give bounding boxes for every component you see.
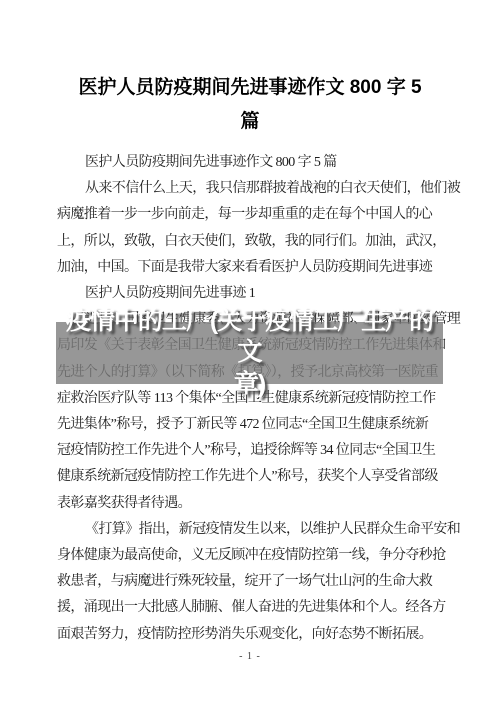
text-line: 《打算》指出，新冠疫情发生以来，以维护人民群众生命平安和	[57, 517, 444, 543]
text-line: 从来不信什么上天，我只信那群披着战袍的白衣天使们，他们被	[57, 176, 444, 202]
text-line: 医护人员防疫期间先进事迹作文 800 字 5 篇	[57, 150, 444, 176]
text-line: 章)	[56, 369, 443, 401]
watermark-overlay-band: 疫情中的工厂(关于疫情工厂生产的文章)	[56, 322, 443, 384]
text-line: 救患者，与病魔进行殊死较量，绽开了一场气壮山河的生命大救	[57, 569, 444, 595]
document-page: 医护人员防疫期间先进事迹作文 800 字 5篇 医护人员防疫期间先进事迹作文 8…	[0, 0, 500, 706]
text-line: 先进集体”称号，授予丁新民等 472 位同志“全国卫生健康系统新	[57, 412, 444, 438]
text-line: 面艰苦努力，疫情防控形势消失乐观变化，向好态势不断拓展。	[57, 622, 444, 648]
text-line: 医护人员防疫期间先进事迹作文 800 字 5	[45, 71, 455, 105]
page-number: - 1 -	[0, 651, 500, 662]
text-line: 篇	[45, 105, 455, 139]
document-title: 医护人员防疫期间先进事迹作文 800 字 5篇	[45, 71, 455, 139]
text-line: 健康系统新冠疫情防控工作先进个人”称号，获奖个人享受省部级	[57, 464, 444, 490]
text-line: 冠疫情防控工作先进个人”称号，追授徐辉等 34 位同志“全国卫生	[57, 438, 444, 464]
section-heading: 医护人员防疫期间先进事迹 1	[57, 281, 444, 307]
text-line: 疫情中的工厂(关于疫情工厂生产的文	[56, 306, 443, 369]
text-line: 援，涌现出一大批感人肺腑、催人奋进的先进集体和个人。经各方	[57, 595, 444, 621]
paragraph: 《打算》指出，新冠疫情发生以来，以维护人民群众生命平安和身体健康为最高使命，义无…	[57, 517, 444, 648]
text-line: 身体健康为最高使命，义无反顾冲在疫情防控第一线，争分夺秒抢	[57, 543, 444, 569]
text-line: 病魔推着一步一步向前走，每一步却重重的走在每个中国人的心	[57, 202, 444, 228]
text-line: 加油，中国。下面是我带大家来看看医护人员防疫期间先进事迹	[57, 255, 444, 281]
text-line: 医护人员防疫期间先进事迹 1	[57, 281, 444, 307]
paragraph: 从来不信什么上天，我只信那群披着战袍的白衣天使们，他们被病魔推着一步一步向前走，…	[57, 176, 444, 281]
text-line: 表彰嘉奖获得者待遇。	[57, 491, 444, 517]
section-heading: 医护人员防疫期间先进事迹作文 800 字 5 篇	[57, 150, 444, 176]
text-line: 上，所以，致敬，白衣天使们，致敬，我的同行们。加油，武汉，	[57, 229, 444, 255]
watermark-overlay-text: 疫情中的工厂(关于疫情工厂生产的文章)	[56, 306, 443, 401]
